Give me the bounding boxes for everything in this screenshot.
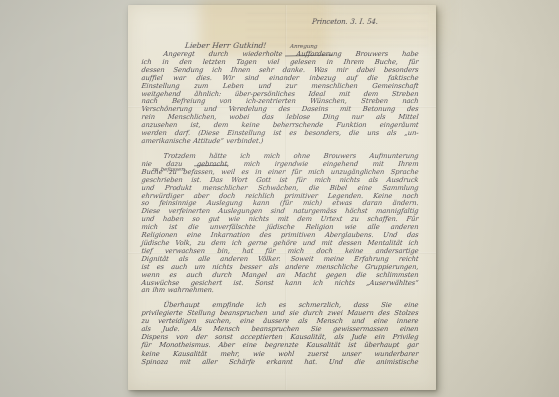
paragraph-3: Überhaupt empfinde ich es schmerzlich, d… <box>141 301 418 366</box>
salutation: Lieber Herr Gutkind! <box>185 41 267 50</box>
paragraph-2: Trotzdem hätte ich mich ohne Brouwers Au… <box>141 153 418 295</box>
handwriting-line: keine Kausalität mehr, wie wohl zuerst u… <box>141 350 419 358</box>
inserted-correction: zu befassen <box>152 167 185 173</box>
handwriting-line: privilegierte Stellung beanspruchen und … <box>141 309 419 317</box>
paragraph-1: Angeregt durch wiederholte Aufforderung … <box>141 51 418 146</box>
handwriting-line: für Monotheismus. Aber eine begrenzte Ka… <box>141 341 419 349</box>
date-line: Princeton. 3. I. 54. <box>312 18 379 26</box>
photo-backdrop: Princeton. 3. I. 54. Lieber Herr Gutkind… <box>0 0 559 397</box>
handwriting-line: an ihm wahrnehmen. <box>141 287 419 295</box>
handwriting-line: Überhaupt empfinde ich es schmerzlich, d… <box>141 301 419 309</box>
handwriting-line: amerikanische Attitude“ verbindet.) <box>141 138 419 146</box>
inserted-correction: Anregung <box>290 44 318 50</box>
letter-paper: Princeton. 3. I. 54. Lieber Herr Gutkind… <box>128 5 436 390</box>
handwriting-line: Spinoza mit aller Schärfe erkannt hat. U… <box>141 358 419 366</box>
